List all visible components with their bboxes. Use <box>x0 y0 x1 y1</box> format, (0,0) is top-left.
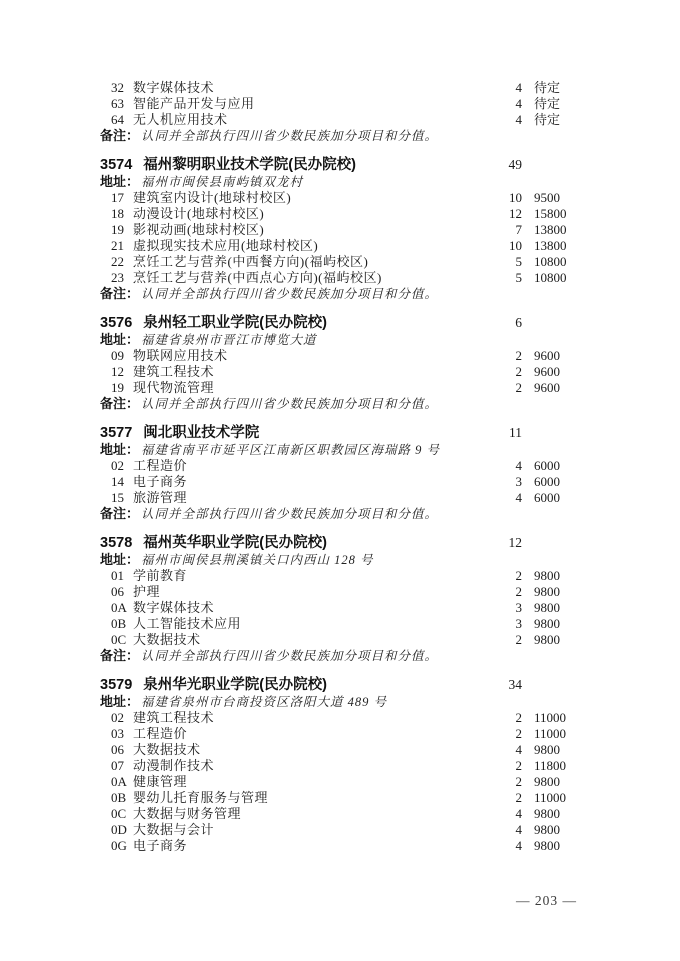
major-code: 09 <box>111 348 128 364</box>
major-plan-count: 12 <box>498 206 522 222</box>
major-tuition: 13800 <box>534 238 582 254</box>
major-row: 0A 健康管理 2 9800 <box>100 774 582 790</box>
address-label: 地址： <box>100 442 139 457</box>
major-tuition: 9800 <box>534 774 582 790</box>
address-text: 福建省泉州市晋江市博览大道 <box>141 333 317 347</box>
major-name: 无人机应用技术 <box>133 112 498 128</box>
major-plan-count: 4 <box>498 490 522 506</box>
major-name: 大数据技术 <box>133 742 498 758</box>
major-code: 06 <box>111 584 128 600</box>
document-page: 32 数字媒体技术 4 待定 63 智能产品开发与应用 4 待定 64 无人机应… <box>0 0 680 961</box>
major-name: 大数据与会计 <box>133 822 498 838</box>
major-row: 19 影视动画(地球村校区) 7 13800 <box>100 222 582 238</box>
major-tuition: 9800 <box>534 584 582 600</box>
remark-line: 备注：认同并全部执行四川省少数民族加分项目和分值。 <box>100 396 582 412</box>
school-header: 3577 闽北职业技术学院 11 <box>100 425 582 442</box>
school-header: 3578 福州英华职业学院(民办院校) 12 <box>100 535 582 552</box>
major-tuition: 6000 <box>534 458 582 474</box>
majors-list: 09 物联网应用技术 2 9600 12 建筑工程技术 2 9600 19 现代… <box>100 348 582 396</box>
major-tuition: 待定 <box>534 112 582 128</box>
school-address-line: 地址：福州市闽侯县荆溪镇关口内西山 128 号 <box>100 552 582 568</box>
major-name: 护理 <box>133 584 498 600</box>
major-code: 0C <box>111 806 128 822</box>
major-name: 数字媒体技术 <box>133 80 498 96</box>
major-row: 22 烹饪工艺与营养(中西餐方向)(福屿校区) 5 10800 <box>100 254 582 270</box>
school-plan-count: 34 <box>498 677 522 693</box>
major-row: 12 建筑工程技术 2 9600 <box>100 364 582 380</box>
major-plan-count: 10 <box>498 190 522 206</box>
school-name: 闽北职业技术学院 <box>143 425 498 441</box>
major-row: 17 建筑室内设计(地球村校区) 10 9500 <box>100 190 582 206</box>
major-tuition: 9600 <box>534 380 582 396</box>
school-name: 福州英华职业学院(民办院校) <box>143 535 498 551</box>
major-name: 人工智能技术应用 <box>133 616 498 632</box>
major-name: 烹饪工艺与营养(中西点心方向)(福屿校区) <box>133 270 498 286</box>
major-tuition: 6000 <box>534 490 582 506</box>
major-row: 18 动漫设计(地球村校区) 12 15800 <box>100 206 582 222</box>
major-row: 21 虚拟现实技术应用(地球村校区) 10 13800 <box>100 238 582 254</box>
major-row: 15 旅游管理 4 6000 <box>100 490 582 506</box>
major-tuition: 13800 <box>534 222 582 238</box>
major-plan-count: 2 <box>498 380 522 396</box>
remark-text: 认同并全部执行四川省少数民族加分项目和分值。 <box>141 507 438 521</box>
school-code: 3574 <box>100 157 132 173</box>
major-code: 15 <box>111 490 128 506</box>
major-code: 02 <box>111 458 128 474</box>
major-tuition: 9600 <box>534 364 582 380</box>
major-tuition: 9800 <box>534 616 582 632</box>
major-plan-count: 2 <box>498 348 522 364</box>
major-name: 智能产品开发与应用 <box>133 96 498 112</box>
major-plan-count: 5 <box>498 270 522 286</box>
major-code: 01 <box>111 568 128 584</box>
majors-list: 01 学前教育 2 9800 06 护理 2 9800 0A 数字媒体技术 3 … <box>100 568 582 648</box>
major-code: 0B <box>111 616 128 632</box>
major-name: 大数据技术 <box>133 632 498 648</box>
major-tuition: 9800 <box>534 838 582 854</box>
school-name: 福州黎明职业技术学院(民办院校) <box>143 157 498 173</box>
major-name: 影视动画(地球村校区) <box>133 222 498 238</box>
majors-list: 02 建筑工程技术 2 11000 03 工程造价 2 11000 06 大数据… <box>100 710 582 854</box>
major-code: 64 <box>111 112 128 128</box>
major-row: 07 动漫制作技术 2 11800 <box>100 758 582 774</box>
major-tuition: 11000 <box>534 726 582 742</box>
address-text: 福州市闽侯县荆溪镇关口内西山 128 号 <box>141 553 374 567</box>
major-tuition: 9500 <box>534 190 582 206</box>
major-code: 0G <box>111 838 128 854</box>
remark-line: 备注：认同并全部执行四川省少数民族加分项目和分值。 <box>100 506 582 522</box>
major-plan-count: 3 <box>498 474 522 490</box>
majors-list: 17 建筑室内设计(地球村校区) 10 9500 18 动漫设计(地球村校区) … <box>100 190 582 286</box>
major-name: 电子商务 <box>133 838 498 854</box>
major-plan-count: 2 <box>498 568 522 584</box>
major-plan-count: 2 <box>498 584 522 600</box>
remark-text: 认同并全部执行四川省少数民族加分项目和分值。 <box>141 397 438 411</box>
major-code: 12 <box>111 364 128 380</box>
major-plan-count: 2 <box>498 364 522 380</box>
major-plan-count: 2 <box>498 710 522 726</box>
major-tuition: 11000 <box>534 710 582 726</box>
major-plan-count: 4 <box>498 96 522 112</box>
major-plan-count: 4 <box>498 80 522 96</box>
major-plan-count: 2 <box>498 774 522 790</box>
remark-line: 备注：认同并全部执行四川省少数民族加分项目和分值。 <box>100 286 582 302</box>
major-code: 23 <box>111 270 128 286</box>
address-label: 地址： <box>100 694 139 709</box>
school-address-line: 地址：福建省南平市延平区江南新区职教园区海瑞路 9 号 <box>100 442 582 458</box>
address-label: 地址： <box>100 174 139 189</box>
school-plan-count: 49 <box>498 157 522 173</box>
remark-text: 认同并全部执行四川省少数民族加分项目和分值。 <box>141 649 438 663</box>
major-row: 0A 数字媒体技术 3 9800 <box>100 600 582 616</box>
major-name: 旅游管理 <box>133 490 498 506</box>
major-plan-count: 4 <box>498 838 522 854</box>
address-text: 福建省泉州市台商投资区洛阳大道 489 号 <box>141 695 387 709</box>
major-plan-count: 2 <box>498 758 522 774</box>
major-plan-count: 4 <box>498 458 522 474</box>
major-tuition: 9800 <box>534 806 582 822</box>
major-name: 建筑室内设计(地球村校区) <box>133 190 498 206</box>
address-text: 福州市闽侯县南屿镇双龙村 <box>141 175 303 189</box>
major-plan-count: 4 <box>498 806 522 822</box>
school-section: 3574 福州黎明职业技术学院(民办院校) 49 地址：福州市闽侯县南屿镇双龙村… <box>100 157 582 302</box>
major-code: 19 <box>111 222 128 238</box>
major-code: 17 <box>111 190 128 206</box>
majors-list: 32 数字媒体技术 4 待定 63 智能产品开发与应用 4 待定 64 无人机应… <box>100 80 582 128</box>
school-section: 32 数字媒体技术 4 待定 63 智能产品开发与应用 4 待定 64 无人机应… <box>100 80 582 144</box>
major-name: 物联网应用技术 <box>133 348 498 364</box>
major-tuition: 11800 <box>534 758 582 774</box>
major-code: 0A <box>111 600 128 616</box>
major-name: 动漫设计(地球村校区) <box>133 206 498 222</box>
major-row: 01 学前教育 2 9800 <box>100 568 582 584</box>
school-code: 3578 <box>100 535 132 551</box>
major-tuition: 9800 <box>534 632 582 648</box>
school-header: 3579 泉州华光职业学院(民办院校) 34 <box>100 677 582 694</box>
major-code: 03 <box>111 726 128 742</box>
major-tuition: 10800 <box>534 254 582 270</box>
address-label: 地址： <box>100 552 139 567</box>
major-name: 婴幼儿托育服务与管理 <box>133 790 498 806</box>
major-code: 19 <box>111 380 128 396</box>
school-address-line: 地址：福建省泉州市晋江市博览大道 <box>100 332 582 348</box>
major-code: 63 <box>111 96 128 112</box>
major-tuition: 6000 <box>534 474 582 490</box>
school-name: 泉州轻工职业学院(民办院校) <box>143 315 498 331</box>
major-name: 现代物流管理 <box>133 380 498 396</box>
major-code: 32 <box>111 80 128 96</box>
school-section: 3578 福州英华职业学院(民办院校) 12 地址：福州市闽侯县荆溪镇关口内西山… <box>100 535 582 664</box>
remark-label: 备注： <box>100 648 139 663</box>
major-tuition: 9800 <box>534 742 582 758</box>
remark-label: 备注： <box>100 128 139 143</box>
major-tuition: 9600 <box>534 348 582 364</box>
major-plan-count: 2 <box>498 726 522 742</box>
major-code: 06 <box>111 742 128 758</box>
major-tuition: 待定 <box>534 96 582 112</box>
address-label: 地址： <box>100 332 139 347</box>
major-row: 64 无人机应用技术 4 待定 <box>100 112 582 128</box>
major-name: 虚拟现实技术应用(地球村校区) <box>133 238 498 254</box>
school-header: 3576 泉州轻工职业学院(民办院校) 6 <box>100 315 582 332</box>
school-code: 3576 <box>100 315 132 331</box>
major-name: 建筑工程技术 <box>133 710 498 726</box>
major-name: 电子商务 <box>133 474 498 490</box>
major-row: 14 电子商务 3 6000 <box>100 474 582 490</box>
address-text: 福建省南平市延平区江南新区职教园区海瑞路 9 号 <box>141 443 440 457</box>
school-plan-count: 12 <box>498 535 522 551</box>
majors-list: 02 工程造价 4 6000 14 电子商务 3 6000 15 旅游管理 4 … <box>100 458 582 506</box>
school-section: 3576 泉州轻工职业学院(民办院校) 6 地址：福建省泉州市晋江市博览大道 0… <box>100 315 582 412</box>
major-code: 0C <box>111 632 128 648</box>
major-row: 0B 婴幼儿托育服务与管理 2 11000 <box>100 790 582 806</box>
major-code: 21 <box>111 238 128 254</box>
major-name: 建筑工程技术 <box>133 364 498 380</box>
major-plan-count: 7 <box>498 222 522 238</box>
school-address-line: 地址：福建省泉州市台商投资区洛阳大道 489 号 <box>100 694 582 710</box>
major-name: 大数据与财务管理 <box>133 806 498 822</box>
major-plan-count: 5 <box>498 254 522 270</box>
major-code: 0D <box>111 822 128 838</box>
major-plan-count: 2 <box>498 632 522 648</box>
major-plan-count: 3 <box>498 616 522 632</box>
major-code: 14 <box>111 474 128 490</box>
major-tuition: 9800 <box>534 600 582 616</box>
major-name: 工程造价 <box>133 726 498 742</box>
school-section: 3577 闽北职业技术学院 11 地址：福建省南平市延平区江南新区职教园区海瑞路… <box>100 425 582 522</box>
major-plan-count: 10 <box>498 238 522 254</box>
major-row: 32 数字媒体技术 4 待定 <box>100 80 582 96</box>
remark-line: 备注：认同并全部执行四川省少数民族加分项目和分值。 <box>100 648 582 664</box>
school-section: 3579 泉州华光职业学院(民办院校) 34 地址：福建省泉州市台商投资区洛阳大… <box>100 677 582 854</box>
major-row: 0B 人工智能技术应用 3 9800 <box>100 616 582 632</box>
major-code: 0A <box>111 774 128 790</box>
remark-label: 备注： <box>100 506 139 521</box>
major-plan-count: 4 <box>498 742 522 758</box>
major-row: 03 工程造价 2 11000 <box>100 726 582 742</box>
major-plan-count: 4 <box>498 112 522 128</box>
major-name: 学前教育 <box>133 568 498 584</box>
major-tuition: 10800 <box>534 270 582 286</box>
major-row: 0C 大数据与财务管理 4 9800 <box>100 806 582 822</box>
major-row: 06 护理 2 9800 <box>100 584 582 600</box>
major-row: 0G 电子商务 4 9800 <box>100 838 582 854</box>
major-code: 18 <box>111 206 128 222</box>
major-name: 动漫制作技术 <box>133 758 498 774</box>
major-row: 09 物联网应用技术 2 9600 <box>100 348 582 364</box>
school-header: 3574 福州黎明职业技术学院(民办院校) 49 <box>100 157 582 174</box>
major-row: 0D 大数据与会计 4 9800 <box>100 822 582 838</box>
remark-label: 备注： <box>100 286 139 301</box>
major-name: 工程造价 <box>133 458 498 474</box>
school-plan-count: 11 <box>498 425 522 441</box>
major-name: 数字媒体技术 <box>133 600 498 616</box>
major-row: 02 工程造价 4 6000 <box>100 458 582 474</box>
major-name: 烹饪工艺与营养(中西餐方向)(福屿校区) <box>133 254 498 270</box>
major-tuition: 9800 <box>534 568 582 584</box>
major-tuition: 待定 <box>534 80 582 96</box>
major-name: 健康管理 <box>133 774 498 790</box>
school-address-line: 地址：福州市闽侯县南屿镇双龙村 <box>100 174 582 190</box>
major-tuition: 11000 <box>534 790 582 806</box>
school-code: 3577 <box>100 425 132 441</box>
school-plan-count: 6 <box>498 315 522 331</box>
school-name: 泉州华光职业学院(民办院校) <box>143 677 498 693</box>
major-plan-count: 2 <box>498 790 522 806</box>
remark-text: 认同并全部执行四川省少数民族加分项目和分值。 <box>141 287 438 301</box>
major-row: 63 智能产品开发与应用 4 待定 <box>100 96 582 112</box>
major-row: 23 烹饪工艺与营养(中西点心方向)(福屿校区) 5 10800 <box>100 270 582 286</box>
page-number: — 203 — <box>516 893 577 909</box>
remark-text: 认同并全部执行四川省少数民族加分项目和分值。 <box>141 129 438 143</box>
major-code: 07 <box>111 758 128 774</box>
major-code: 22 <box>111 254 128 270</box>
major-code: 0B <box>111 790 128 806</box>
major-tuition: 15800 <box>534 206 582 222</box>
school-code: 3579 <box>100 677 132 693</box>
major-row: 19 现代物流管理 2 9600 <box>100 380 582 396</box>
major-plan-count: 4 <box>498 822 522 838</box>
major-tuition: 9800 <box>534 822 582 838</box>
major-row: 06 大数据技术 4 9800 <box>100 742 582 758</box>
admissions-plan-list: 32 数字媒体技术 4 待定 63 智能产品开发与应用 4 待定 64 无人机应… <box>100 80 582 854</box>
major-plan-count: 3 <box>498 600 522 616</box>
remark-label: 备注： <box>100 396 139 411</box>
major-row: 0C 大数据技术 2 9800 <box>100 632 582 648</box>
remark-line: 备注：认同并全部执行四川省少数民族加分项目和分值。 <box>100 128 582 144</box>
major-code: 02 <box>111 710 128 726</box>
major-row: 02 建筑工程技术 2 11000 <box>100 710 582 726</box>
